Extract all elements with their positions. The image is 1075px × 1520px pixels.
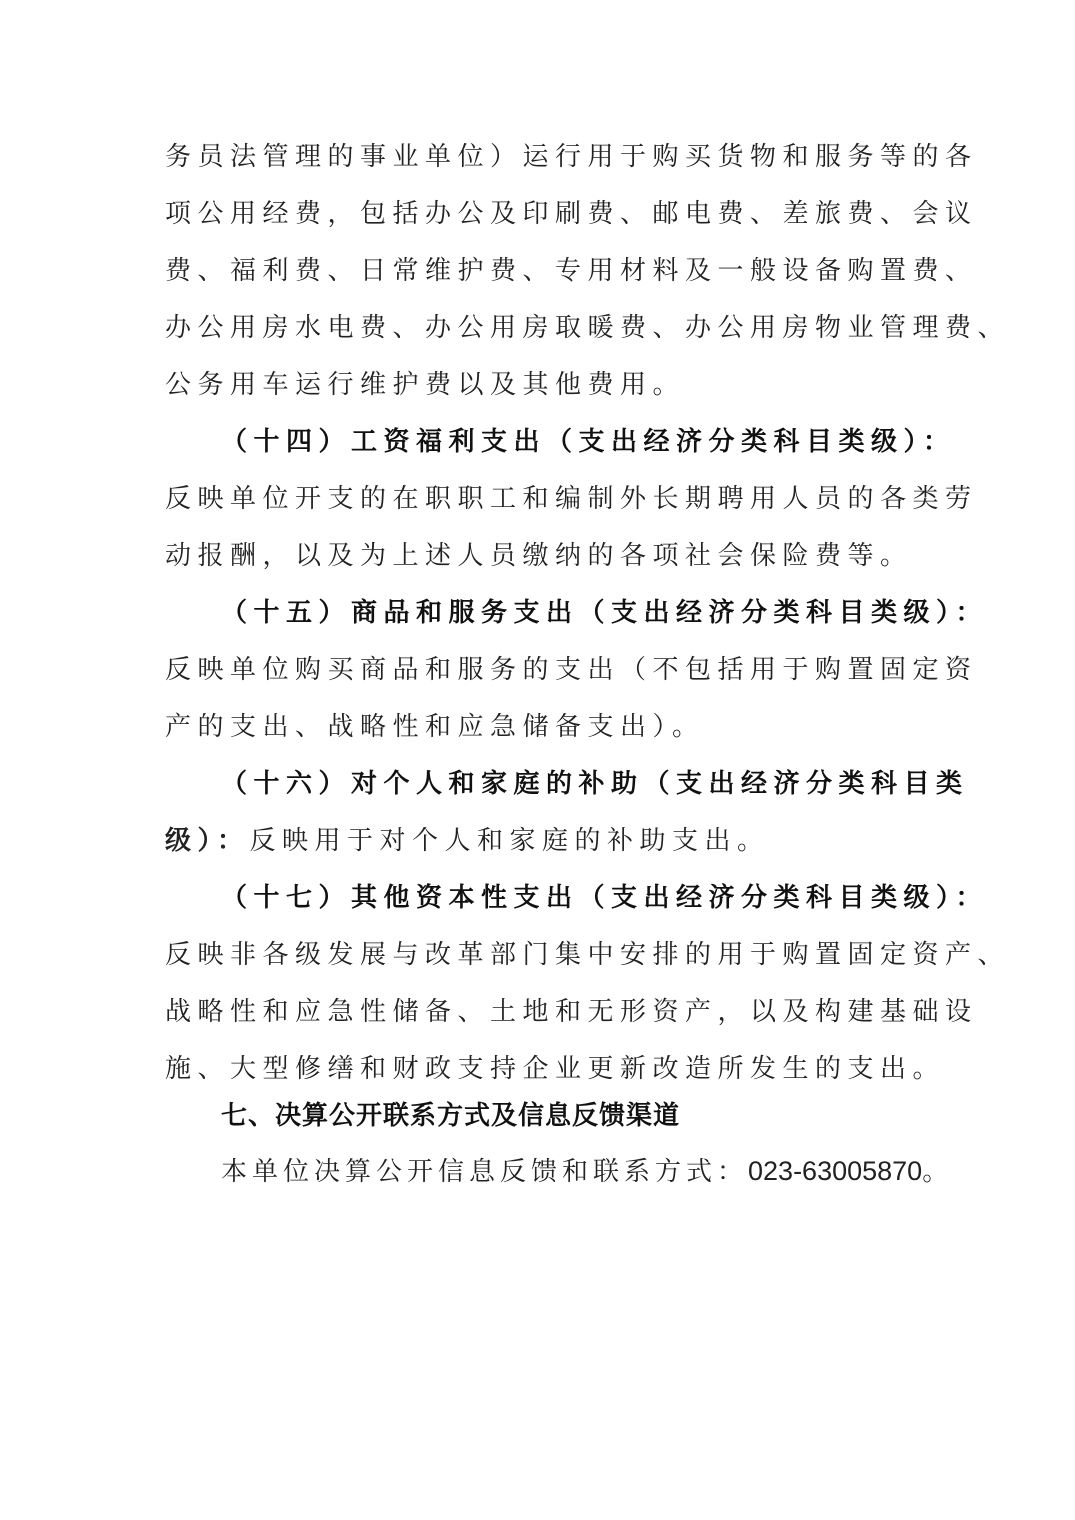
- document-page: 务员法管理的事业单位）运行用于购买货物和服务等的各 项公用经费，包括办公及印刷费…: [0, 0, 1075, 1520]
- item-title-17: （十七）其他资本性支出（支出经济分类科目类级）：: [221, 881, 991, 915]
- item-number: （十七）: [221, 883, 351, 913]
- body-text-line: 反映单位开支的在职职工和编制外长期聘用人员的各类劳: [165, 482, 935, 516]
- body-text-line: 级）：反映用于对个人和家庭的补助支出。: [165, 824, 935, 858]
- body-text-line: 战略性和应急性储备、土地和无形资产，以及构建基础设: [165, 995, 935, 1029]
- contact-end: 。: [922, 1157, 953, 1187]
- contact-phone: 023-63005870: [748, 1156, 922, 1186]
- item-title: 对个人和家庭的补助（支出经济分类科目类: [351, 769, 969, 799]
- section-heading: 七、决算公开联系方式及信息反馈渠道: [221, 1099, 991, 1133]
- contact-label: 本单位决算公开信息反馈和联系方式：: [221, 1157, 748, 1187]
- body-text-line: 施、大型修缮和财政支持企业更新改造所发生的支出。: [165, 1052, 935, 1086]
- body-text-line: 项公用经费，包括办公及印刷费、邮电费、差旅费、会议: [165, 197, 935, 231]
- item-title-14: （十四）工资福利支出（支出经济分类科目类级）：: [221, 425, 991, 459]
- body-text-line: 费、福利费、日常维护费、专用材料及一般设备购置费、: [165, 254, 935, 288]
- body-text-line: 务员法管理的事业单位）运行用于购买货物和服务等的各: [165, 140, 935, 174]
- contact-line: 本单位决算公开信息反馈和联系方式：023-63005870。: [221, 1154, 991, 1188]
- body-text-line: 办公用房水电费、办公用房取暖费、办公用房物业管理费、: [165, 311, 935, 345]
- item-title-15: （十五）商品和服务支出（支出经济分类科目类级）：: [221, 596, 991, 630]
- item-number: （十六）: [221, 769, 351, 799]
- body-text-line: 反映非各级发展与改革部门集中安排的用于购置固定资产、: [165, 938, 935, 972]
- body-text-line: 动报酬，以及为上述人员缴纳的各项社会保险费等。: [165, 539, 935, 573]
- item-title: 工资福利支出（支出经济分类科目类级）：: [351, 427, 956, 457]
- item-title-16: （十六）对个人和家庭的补助（支出经济分类科目类: [221, 767, 991, 801]
- item-title-end: 级）：: [165, 826, 250, 856]
- item-number: （十四）: [221, 427, 351, 457]
- body-text-line: 公务用车运行维护费以及其他费用。: [165, 368, 935, 402]
- item-title: 其他资本性支出（支出经济分类科目类级）：: [351, 883, 988, 913]
- item-title: 商品和服务支出（支出经济分类科目类级）：: [351, 598, 988, 628]
- item-number: （十五）: [221, 598, 351, 628]
- item-body: 反映用于对个人和家庭的补助支出。: [250, 826, 770, 856]
- body-text-line: 产的支出、战略性和应急储备支出）。: [165, 710, 935, 744]
- body-text-line: 反映单位购买商品和服务的支出（不包括用于购置固定资: [165, 653, 935, 687]
